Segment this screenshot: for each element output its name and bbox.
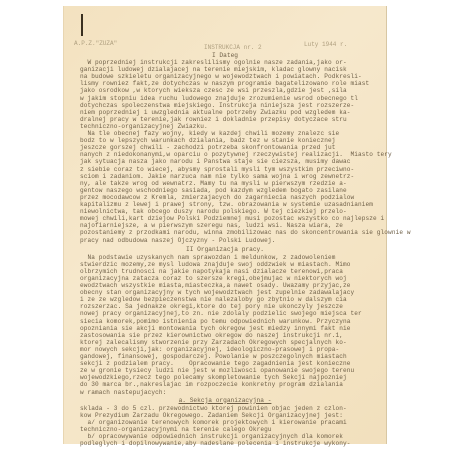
- text-line: najofiarniejsze, a w pierwszym szeregu n…: [80, 222, 343, 229]
- text-line: dotychczas spoleczenstwa miejskiego. Ins…: [80, 102, 354, 109]
- text-line: na budowe szkieletu organizacyjnego w wo…: [80, 73, 362, 80]
- text-line: kow Prezydium Zarzadu Okregowego. Zadani…: [80, 412, 343, 419]
- section1-title: I Dateg: [64, 52, 386, 59]
- subsection-a-title: a. Sekcja organizacyjna -: [64, 397, 386, 404]
- text-line: opozniania sie akcji montowania tych okr…: [80, 325, 351, 332]
- text-line: ktorej zalecalismy stworzenie przy Zarza…: [80, 339, 347, 346]
- text-line: nanych z niedokonanymi,w oparciu o pozyt…: [80, 151, 392, 158]
- text-line: pozostaniemy z przodkami narodu, winna z…: [80, 229, 411, 236]
- header-center: INSTRUKCJA nr. 2: [204, 44, 262, 51]
- text-line: i ze ze wzgledow bezpieczenstwa nie nale…: [80, 296, 347, 303]
- text-line: techniczno-organizacyjnej Zwiazku.: [80, 123, 208, 130]
- text-line: wojewodzkiego,rzecz tego polecamy skompl…: [80, 374, 347, 381]
- text-line: olbrzymich trudnosci na jakie napotykaja…: [80, 268, 343, 275]
- staple-mark: [81, 14, 83, 36]
- header-left: A.P.Z."ZUZA": [74, 40, 117, 47]
- text-line: techniczno-organizacyjnymi na terenie ca…: [80, 426, 272, 433]
- text-line: siecia komorek,pomimo istnienia po temu …: [80, 318, 351, 325]
- text-line: niem poprzedniej i uwzglednia aktualne p…: [80, 109, 351, 116]
- text-line: Na tle obecnej fazy wojny, kiedy w kazde…: [80, 130, 339, 137]
- text-line: b/ opracowywanie odpowiednich instrukcji…: [80, 433, 343, 440]
- text-line: lismy rowniez fakt,ze dotychczas w naszy…: [80, 80, 369, 87]
- text-line: sciom i zadaniom. Jakie narzuca nam nie …: [80, 173, 354, 180]
- text-line: kapitalizmu z lewej i prawej strony, tzw…: [80, 201, 373, 208]
- text-line: zastosowania sie przez kierownictwo okre…: [80, 332, 343, 339]
- text-line: W poprzedniej instrukcji zakreslilismy o…: [80, 59, 347, 66]
- text-line: do 30 marca br.,nakreslajac im rozpoczec…: [80, 381, 343, 388]
- text-line: ganizacji ludowej dzialajacej na terenie…: [80, 66, 347, 73]
- text-line: organizacyjna zatacza coraz to szersze k…: [80, 275, 347, 282]
- text-line: jeszcze gorszej chwili - zachodzi potrze…: [80, 144, 335, 151]
- text-line: ny, ale takze wrog od wewnatrz. Mamy tu …: [80, 180, 347, 187]
- text-line: gandowej, finansowej, gospodarczej. Powo…: [80, 353, 347, 360]
- text-line: jako osrodkow ,w ktorych wieksza czesc z…: [80, 87, 347, 94]
- text-line: w jakim stopniu idea ruchu ludowego znaj…: [80, 95, 358, 102]
- document-page: A.P.Z."ZUZA" INSTRUKCJA nr. 2 Luty 1944 …: [64, 6, 386, 444]
- text-line: mor nowych sekcji,jak: organizacyjnej, i…: [80, 346, 339, 353]
- text-line: niewolnictwa, tak obcego duszy narodu po…: [80, 208, 347, 215]
- text-line: z siebie coraz to wiecej, abysmy sprosta…: [80, 166, 354, 173]
- text-line: obecny stan organizacyjny w tych wojewod…: [80, 289, 354, 296]
- text-line: w ramach nastepujacych:: [80, 389, 166, 396]
- text-line: pracy nad odbudowa naszej Ojczyzny - Pol…: [80, 237, 275, 244]
- text-line: podleglych i dopilnowywanie,aby nadeslan…: [80, 440, 351, 447]
- text-line: ze w gronie tysiecy ludzi nie jest w moz…: [80, 367, 354, 374]
- text-line: sekcji z podzialem pracy. Opracowanie te…: [80, 360, 351, 367]
- text-line: mowej chwili,kart dziejow Polski Podziem…: [80, 215, 384, 222]
- text-line: ewodztwach wszystkie miasta,miasteczka,a…: [80, 282, 351, 289]
- text-line: a/ organizowanie terenowych komorek proj…: [80, 419, 347, 426]
- text-line: sklada - 3 do 5 czl. przewodnictwo ktore…: [80, 405, 347, 412]
- header-right: Luty 1944 r.: [304, 41, 347, 48]
- text-line: bodz to w lepszych warunkach dzialania, …: [80, 137, 335, 144]
- section2-title: II Organizacja pracy.: [64, 246, 386, 253]
- text-line: stwierdzic mozemy,ze mysl ludowa znajduj…: [80, 261, 351, 268]
- text-line: dralnej pracy w terenie,jak rowniez i do…: [80, 116, 347, 123]
- text-line: jak sytuacja nasza jako narodu i Panstwa…: [80, 158, 351, 165]
- text-line: przez mocodawcow z Kremla, zmierzajacych…: [80, 194, 354, 201]
- text-line: Na podstawie uzyskanych nam sprawozdan i…: [80, 254, 335, 261]
- text-line: gentow naszego wschodniego sasiada, pod …: [80, 187, 347, 194]
- text-line: rozszerzac. Sa jednakze okregi,ktore do …: [80, 303, 343, 310]
- text-line: nowej pracy organizacyjnej,to zn. nie zd…: [80, 310, 362, 317]
